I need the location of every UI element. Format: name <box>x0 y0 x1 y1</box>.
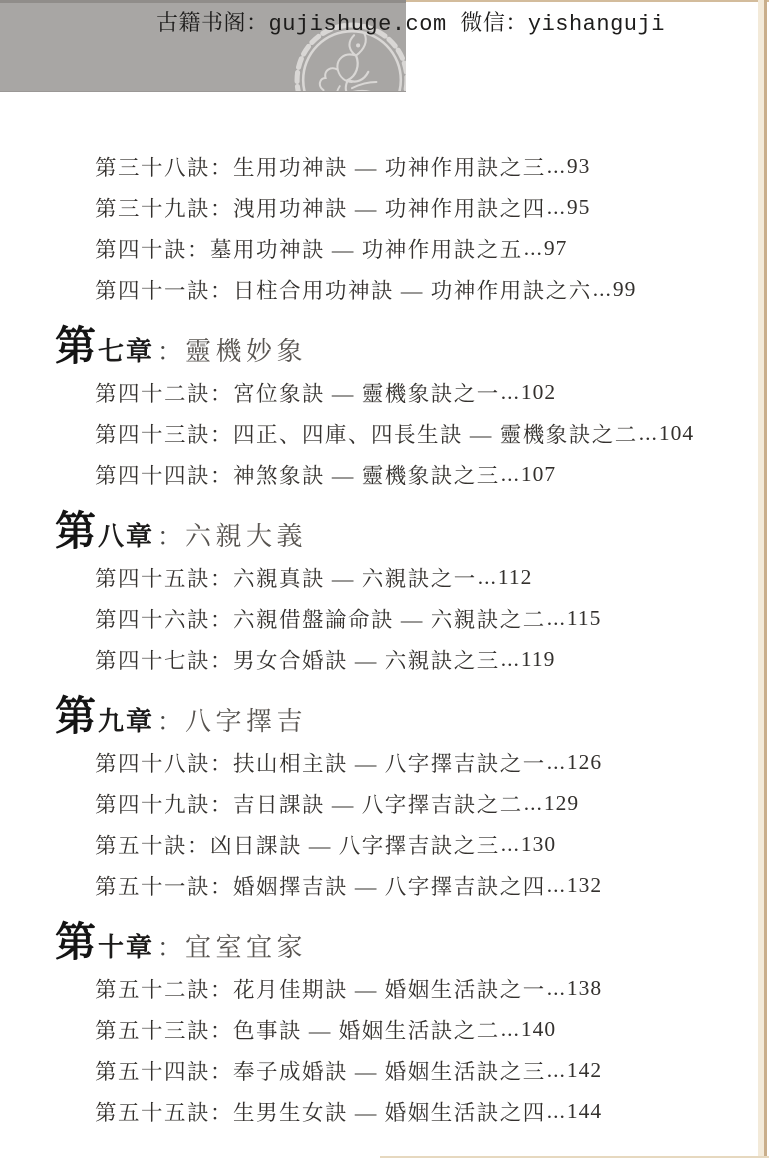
chapter-number: 八章 <box>98 516 154 553</box>
toc-entry-text: 第四十七訣：男女合婚訣 — 六親訣之三 <box>95 644 500 675</box>
toc-entry: 第四十五訣：六親真訣 — 六親訣之一...112 <box>95 557 749 598</box>
toc-entry-text: 第四十五訣：六親真訣 — 六親訣之一 <box>95 562 477 593</box>
toc-entry-dots: ... <box>478 565 497 590</box>
chapter-colon: ： <box>157 702 182 738</box>
toc-entry-page: 107 <box>521 462 556 487</box>
chapter-heading: 第七章：靈機妙象 <box>55 322 749 370</box>
toc-entry-text: 第三十九訣：洩用功神訣 — 功神作用訣之四 <box>95 192 546 223</box>
toc-entry-text: 第四十訣：墓用功神訣 — 功神作用訣之五 <box>95 233 523 264</box>
toc-entry-dots: ... <box>593 277 612 302</box>
toc-entry-dots: ... <box>501 832 520 857</box>
chapter-title: 六親大義 <box>185 516 307 553</box>
chapter-number: 九章 <box>98 701 154 738</box>
toc-entry: 第三十八訣：生用功神訣 — 功神作用訣之三...93 <box>95 146 749 187</box>
toc-entry: 第四十三訣：四正、四庫、四長生訣 — 靈機象訣之二...104 <box>95 413 749 454</box>
toc-entry-page: 97 <box>544 236 568 261</box>
toc-entry-text: 第五十一訣：婚姻擇吉訣 — 八字擇吉訣之四 <box>95 870 546 901</box>
toc-entry-dots: ... <box>547 750 566 775</box>
toc-entry-text: 第四十六訣：六親借盤論命訣 — 六親訣之二 <box>95 603 546 634</box>
toc-entry-text: 第四十二訣：宮位象訣 — 靈機象訣之一 <box>95 377 500 408</box>
toc-entry-page: 93 <box>567 154 591 179</box>
toc-entry: 第五十三訣：色事訣 — 婚姻生活訣之二...140 <box>95 1009 749 1050</box>
toc-entry: 第三十九訣：洩用功神訣 — 功神作用訣之四...95 <box>95 187 749 228</box>
toc-entry-page: 130 <box>521 832 556 857</box>
toc-entry: 第五十二訣：花月佳期訣 — 婚姻生活訣之一...138 <box>95 968 749 1009</box>
toc-entry: 第四十九訣：吉日課訣 — 八字擇吉訣之二...129 <box>95 783 749 824</box>
chapter-prefix: 第 <box>55 322 96 370</box>
chapter-number: 七章 <box>98 331 154 368</box>
watermark-site-url: gujishuge.com <box>269 12 447 37</box>
chapter-title: 八字擇吉 <box>185 701 307 738</box>
toc-entry-dots: ... <box>547 1058 566 1083</box>
toc-entry-page: 129 <box>544 791 579 816</box>
watermark-separator <box>447 12 461 37</box>
toc-entry-text: 第五十五訣：生男生女訣 — 婚姻生活訣之四 <box>95 1096 546 1127</box>
toc-entry-dots: ... <box>524 791 543 816</box>
watermark-text: 古籍书阁：gujishuge.com 微信：yishanguji <box>156 6 665 37</box>
chapter-number: 十章 <box>98 927 154 964</box>
watermark-wechat-id: yishanguji <box>528 12 665 37</box>
toc-entry-text: 第四十四訣：神煞象訣 — 靈機象訣之三 <box>95 459 500 490</box>
toc-entry-text: 第四十九訣：吉日課訣 — 八字擇吉訣之二 <box>95 788 523 819</box>
toc-entry-dots: ... <box>547 976 566 1001</box>
toc-entry: 第五十一訣：婚姻擇吉訣 — 八字擇吉訣之四...132 <box>95 865 749 906</box>
toc-entry-page: 112 <box>498 565 532 590</box>
toc-entry: 第五十訣：凶日課訣 — 八字擇吉訣之三...130 <box>95 824 749 865</box>
toc-entry-page: 115 <box>567 606 601 631</box>
toc-entry-text: 第四十三訣：四正、四庫、四長生訣 — 靈機象訣之二 <box>95 418 638 449</box>
toc-entry-page: 138 <box>567 976 602 1001</box>
toc-entry: 第四十八訣：扶山相主訣 — 八字擇吉訣之一...126 <box>95 742 749 783</box>
toc-entry-page: 119 <box>521 647 555 672</box>
toc-entry-text: 第五十三訣：色事訣 — 婚姻生活訣之二 <box>95 1014 500 1045</box>
toc-entry-page: 126 <box>567 750 602 775</box>
chapter-prefix: 第 <box>55 692 96 740</box>
toc-entry-text: 第四十八訣：扶山相主訣 — 八字擇吉訣之一 <box>95 747 546 778</box>
toc-entry-page: 104 <box>659 421 694 446</box>
toc-entry-page: 140 <box>521 1017 556 1042</box>
toc-entry-text: 第五十二訣：花月佳期訣 — 婚姻生活訣之一 <box>95 973 546 1004</box>
toc-entry-page: 144 <box>567 1099 602 1124</box>
chapter-prefix: 第 <box>55 507 96 555</box>
toc-entry-text: 第五十四訣：奉子成婚訣 — 婚姻生活訣之三 <box>95 1055 546 1086</box>
toc-entry-dots: ... <box>501 380 520 405</box>
toc-entry-dots: ... <box>547 606 566 631</box>
toc-entry-dots: ... <box>547 154 566 179</box>
toc-entry-dots: ... <box>524 236 543 261</box>
toc-entry-text: 第五十訣：凶日課訣 — 八字擇吉訣之三 <box>95 829 500 860</box>
toc-entry-page: 142 <box>567 1058 602 1083</box>
toc-entry-dots: ... <box>501 462 520 487</box>
toc-entry-text: 第四十一訣：日柱合用功神訣 — 功神作用訣之六 <box>95 274 592 305</box>
chapter-heading: 第十章：宜室宜家 <box>55 918 749 966</box>
toc-entry-dots: ... <box>639 421 658 446</box>
table-of-contents: 第三十八訣：生用功神訣 — 功神作用訣之三...93第三十九訣：洩用功神訣 — … <box>0 146 749 1132</box>
chapter-title: 靈機妙象 <box>185 331 307 368</box>
toc-entry: 第五十五訣：生男生女訣 — 婚姻生活訣之四...144 <box>95 1091 749 1132</box>
watermark-wechat-label: 微信： <box>460 12 528 37</box>
chapter-colon: ： <box>157 517 182 553</box>
toc-entry: 第四十六訣：六親借盤論命訣 — 六親訣之二...115 <box>95 598 749 639</box>
toc-entry: 第四十訣：墓用功神訣 — 功神作用訣之五...97 <box>95 228 749 269</box>
chapter-title: 宜室宜家 <box>185 927 307 964</box>
toc-entry-dots: ... <box>501 1017 520 1042</box>
chapter-heading: 第九章：八字擇吉 <box>55 692 749 740</box>
chapter-prefix: 第 <box>55 918 96 966</box>
scanned-book-page: 古籍书阁：gujishuge.com 微信：yishanguji 第三十八訣：生… <box>0 0 769 1158</box>
chapter-colon: ： <box>157 928 182 964</box>
watermark-site-label: 古籍书阁： <box>156 12 269 37</box>
toc-entry: 第五十四訣：奉子成婚訣 — 婚姻生活訣之三...142 <box>95 1050 749 1091</box>
toc-entry-page: 132 <box>567 873 602 898</box>
toc-entry: 第四十四訣：神煞象訣 — 靈機象訣之三...107 <box>95 454 749 495</box>
toc-entry: 第四十二訣：宮位象訣 — 靈機象訣之一...102 <box>95 372 749 413</box>
toc-entry-dots: ... <box>501 647 520 672</box>
toc-entry: 第四十七訣：男女合婚訣 — 六親訣之三...119 <box>95 639 749 680</box>
page-edge-right-halo <box>758 0 764 1158</box>
page-edge-right <box>764 0 767 1158</box>
toc-entry: 第四十一訣：日柱合用功神訣 — 功神作用訣之六...99 <box>95 269 749 310</box>
toc-entry-page: 102 <box>521 380 556 405</box>
chapter-heading: 第八章：六親大義 <box>55 507 749 555</box>
toc-entry-dots: ... <box>547 195 566 220</box>
toc-entry-page: 99 <box>613 277 637 302</box>
toc-entry-page: 95 <box>567 195 591 220</box>
toc-entry-dots: ... <box>547 873 566 898</box>
toc-entry-dots: ... <box>547 1099 566 1124</box>
chapter-colon: ： <box>157 332 182 368</box>
toc-entry-text: 第三十八訣：生用功神訣 — 功神作用訣之三 <box>95 151 546 182</box>
